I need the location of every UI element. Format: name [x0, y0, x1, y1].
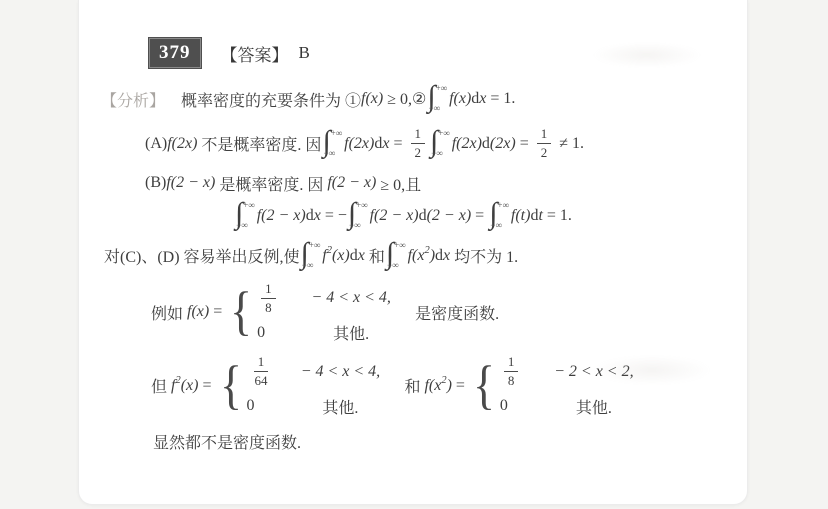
case-condition: 其他. [536, 395, 652, 418]
lower-limit: −∞ [490, 221, 502, 230]
integral-limits: +∞−∞ [243, 199, 255, 233]
text-run: = − [321, 207, 347, 225]
option-b-line: (B)f(2 − x) 是概率密度. 因 f(2 − x) ≥ 0,且 [145, 172, 747, 195]
text-run: 是密度函数. [415, 301, 499, 324]
piecewise-cases: {18− 2 < x < 2,0其他. [471, 354, 652, 418]
math-run: − 4 < x < 4, [311, 289, 391, 307]
text-run: d [530, 207, 538, 225]
fraction: 12 [411, 126, 426, 162]
math-run: − 2 < x < 2, [554, 363, 634, 381]
text-run: 但 [151, 374, 171, 397]
math-run: f(x) [187, 303, 209, 321]
integral: ∫+∞−∞ [348, 199, 368, 233]
cases-row: 18− 2 < x < 2, [500, 354, 652, 390]
math-run: f(2 − x) [257, 207, 306, 225]
text-run: = [471, 207, 488, 225]
option-cd-line: 对(C)、(D) 容易举出反例,使∫+∞−∞f2(x)dx 和∫+∞−∞f(x2… [104, 239, 747, 273]
math-run: f(2x) [344, 135, 374, 153]
cases-row: 164− 4 < x < 4, [246, 354, 398, 390]
math-run: (x) [332, 247, 350, 265]
case-value: 0 [500, 397, 536, 415]
integral: ∫+∞−∞ [322, 127, 342, 161]
denominator: 64 [250, 372, 271, 389]
integral: ∫+∞−∞ [235, 199, 255, 233]
text-run: 其他. [576, 395, 612, 418]
case-value: 164 [246, 354, 282, 390]
cases-row: 0其他. [257, 321, 409, 344]
problem-number-badge: 379 [149, 38, 201, 68]
integral-limits: +∞−∞ [394, 239, 406, 273]
option-b-equation: ∫+∞−∞f(2 − x)dx = −∫+∞−∞f(2 − x)d(2 − x)… [234, 199, 747, 233]
integral: ∫+∞−∞ [427, 82, 447, 116]
numerator: 1 [254, 354, 269, 372]
textbook-solution-page: 379 【答案】 B 【分析】 概率密度的充要条件为 ①f(x) ≥ 0,②∫+… [78, 0, 748, 505]
text-run: = [516, 135, 533, 153]
upper-limit: +∞ [331, 129, 343, 138]
math-run: f(x [424, 377, 441, 395]
denominator: 2 [537, 144, 552, 161]
upper-limit: +∞ [497, 201, 509, 210]
text-run: 概率密度的充要条件为 ① [181, 88, 361, 111]
integral-limits: +∞−∞ [356, 199, 368, 233]
superscript: 2 [327, 245, 332, 256]
fraction: 164 [250, 354, 271, 390]
header-row: 379 【答案】 B [149, 38, 747, 68]
fraction: 18 [261, 281, 276, 317]
conclusion-line: 显然都不是密度函数. [153, 430, 747, 453]
lower-limit: −∞ [324, 149, 336, 158]
math-run: (2 − x) [427, 207, 472, 225]
answer-label: 【答案】 [221, 41, 289, 66]
case-condition: 其他. [282, 395, 398, 418]
text-run: (A) [145, 135, 167, 153]
text-run: = 1. [543, 207, 572, 225]
math-run: f(2x) [452, 135, 482, 153]
text-run: 0 [500, 397, 508, 415]
text-run: 例如 [151, 301, 187, 324]
answer-value: B [299, 43, 310, 63]
integral: ∫+∞−∞ [489, 199, 509, 233]
math-run: x [382, 135, 389, 153]
text-run: 其他. [322, 395, 358, 418]
math-run: f(2x) [167, 135, 197, 153]
text-run: = 1. [486, 90, 515, 108]
brace-icon: { [219, 363, 241, 409]
integral: ∫+∞−∞ [386, 239, 406, 273]
integral: ∫+∞−∞ [301, 239, 321, 273]
superscript: 2 [175, 375, 180, 386]
text-run: 和 [365, 244, 385, 267]
math-run: (2x) [490, 135, 516, 153]
counterexample-line: 但 f2(x) = {164− 4 < x < 4,0其他.和 f(x2) = … [151, 354, 747, 418]
analysis-text: 概率密度的充要条件为 ①f(x) ≥ 0,②∫+∞−∞f(x)dx = 1. [181, 82, 515, 116]
text-run: = [452, 377, 469, 395]
text-run: d [435, 247, 443, 265]
analysis-label: 【分析】 [101, 88, 165, 111]
math-run: f(2 − x) [327, 174, 376, 192]
math-run: f(2 − x) [370, 207, 419, 225]
denominator: 8 [261, 299, 276, 316]
denominator: 8 [504, 372, 519, 389]
math-run: f(x) [361, 90, 383, 108]
case-condition: − 4 < x < 4, [293, 289, 409, 307]
text-run: ≥ 0,② [383, 89, 426, 109]
numerator: 1 [537, 126, 552, 144]
lower-limit: −∞ [431, 149, 443, 158]
text-run: d [419, 207, 427, 225]
text-run: = [198, 377, 215, 395]
cases-row: 18− 4 < x < 4, [257, 281, 409, 317]
text-run: 和 [404, 374, 424, 397]
lower-limit: −∞ [387, 261, 399, 270]
piecewise-cases: {18− 4 < x < 4,0其他. [228, 281, 409, 345]
example-line: 例如 f(x) = {18− 4 < x < 4,0其他.是密度函数. [151, 281, 747, 345]
upper-limit: +∞ [309, 241, 321, 250]
integral-limits: +∞−∞ [497, 199, 509, 233]
cases-row: 0其他. [246, 395, 398, 418]
cases-rows: 18− 4 < x < 4,0其他. [257, 281, 409, 345]
math-run: (x) [181, 377, 199, 395]
math-run: x [314, 207, 321, 225]
case-condition: 其他. [293, 321, 409, 344]
math-run: x [358, 247, 365, 265]
text-run: 对(C)、(D) 容易举出反例,使 [104, 244, 300, 267]
case-condition: − 4 < x < 4, [282, 363, 398, 381]
text-run: 不是概率密度. 因 [197, 132, 321, 155]
case-value: 18 [500, 354, 536, 390]
integral: ∫+∞−∞ [430, 127, 450, 161]
math-run: x [479, 90, 486, 108]
case-value: 0 [257, 324, 293, 342]
upper-limit: +∞ [243, 201, 255, 210]
option-a-line: (A)f(2x) 不是概率密度. 因∫+∞−∞f(2x)dx = 12∫+∞−∞… [145, 126, 747, 162]
math-run: f(2 − x) [166, 174, 215, 192]
text-run: 0 [257, 324, 265, 342]
text-run: d [350, 247, 358, 265]
analysis-row: 【分析】 概率密度的充要条件为 ①f(x) ≥ 0,②∫+∞−∞f(x)dx =… [101, 82, 747, 116]
text-run: ≥ 0,且 [376, 172, 421, 195]
text-run: = [389, 135, 406, 153]
case-value: 18 [257, 281, 293, 317]
cases-rows: 164− 4 < x < 4,0其他. [246, 354, 398, 418]
lower-limit: −∞ [429, 104, 441, 113]
numerator: 1 [504, 354, 519, 372]
math-run: f(x) [449, 90, 471, 108]
text-run: 均不为 1. [450, 244, 518, 267]
math-run: f(x [408, 247, 425, 265]
text-run: d [482, 135, 490, 153]
fraction: 12 [537, 126, 552, 162]
math-run: x [443, 247, 450, 265]
math-run: − 4 < x < 4, [301, 363, 381, 381]
numerator: 1 [411, 126, 426, 144]
brace-icon: { [473, 363, 495, 409]
lower-limit: −∞ [349, 221, 361, 230]
text-run: d [306, 207, 314, 225]
fraction: 18 [504, 354, 519, 390]
piecewise-cases: {164− 4 < x < 4,0其他. [218, 354, 399, 418]
cases-row: 0其他. [500, 395, 652, 418]
upper-limit: +∞ [394, 241, 406, 250]
lower-limit: −∞ [236, 221, 248, 230]
case-condition: − 2 < x < 2, [536, 363, 652, 381]
case-value: 0 [246, 397, 282, 415]
integral-limits: +∞−∞ [309, 239, 321, 273]
integral-limits: +∞−∞ [331, 127, 343, 161]
superscript: 2 [441, 375, 446, 386]
text-run: 0 [246, 397, 254, 415]
lower-limit: −∞ [302, 261, 314, 270]
math-run: f(t) [511, 207, 531, 225]
brace-icon: { [230, 289, 252, 335]
text-run: ≠ 1. [555, 135, 584, 153]
text-run: = [209, 303, 226, 321]
upper-limit: +∞ [438, 129, 450, 138]
integral-limits: +∞−∞ [436, 82, 448, 116]
cases-rows: 18− 2 < x < 2,0其他. [500, 354, 652, 418]
text-run: 显然都不是密度函数. [153, 430, 301, 453]
upper-limit: +∞ [436, 84, 448, 93]
text-run: 其他. [333, 321, 369, 344]
text-run: (B) [145, 174, 166, 192]
denominator: 2 [411, 144, 426, 161]
integral-limits: +∞−∞ [438, 127, 450, 161]
superscript: 2 [424, 245, 429, 256]
text-run: 是概率密度. 因 [215, 172, 327, 195]
upper-limit: +∞ [356, 201, 368, 210]
numerator: 1 [261, 281, 276, 299]
